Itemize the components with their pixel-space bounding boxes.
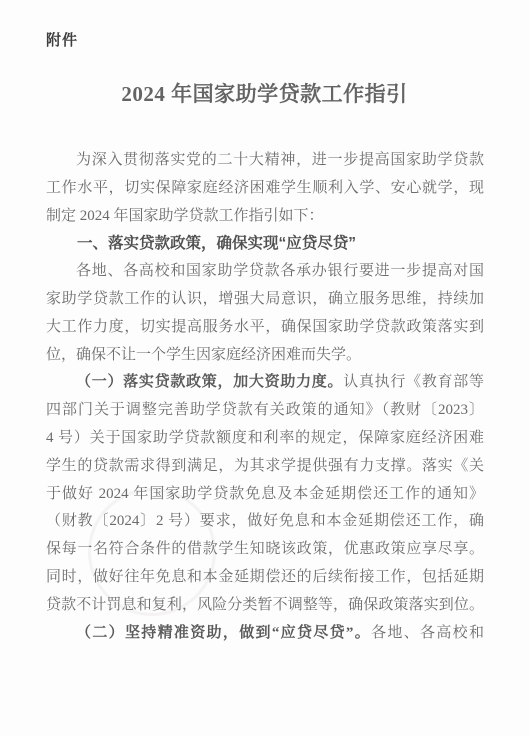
section1-para1-line-1: 各地、各高校和国家助学贷款各承办银行要进一步提高对国 (46, 258, 484, 286)
document-title: 2024 年国家助学贷款工作指引 (0, 78, 529, 108)
section1-item1-line-4: 学生的贷款需求得到满足，为其求学提供强有力支撑。落实《关 (46, 453, 484, 481)
section1-para1-line-4: 位，确保不让一个学生因家庭经济困难而失学。 (46, 342, 484, 370)
section1-item1-line-1-rest: 认真执行《教育部等 (343, 374, 484, 390)
section1-item1-line-5: 于做好 2024 年国家助学贷款免息及本金延期偿还工作的通知》 (46, 481, 484, 509)
attachment-label: 附件 (46, 29, 78, 50)
section1-para1-line-2: 家助学贷款工作的认识，增强大局意识，确立服务思维，持续加 (46, 286, 484, 314)
section1-item1-line-2: 四部门关于调整完善助学贷款有关政策的通知》（教财〔2023〕 (46, 397, 484, 425)
section1-item1-line-7: 保每一名符合条件的借款学生知晓该政策，优惠政策应享尽享。 (46, 536, 484, 564)
section1-heading: 一、落实贷款政策，确保实现“应贷尽贷” (46, 230, 484, 258)
intro-line-3: 制定 2024 年国家助学贷款工作指引如下： (46, 203, 484, 231)
section1-para1-line-3: 大工作力度，切实提高服务水平，确保国家助学贷款政策落实到 (46, 314, 484, 342)
section1-item1-line-3: 4 号）关于国家助学贷款额度和利率的规定，保障家庭经济困难 (46, 425, 484, 453)
section1-item1-line-9: 贷款不计罚息和复利，风险分类暂不调整等，确保政策落实到位。 (46, 592, 484, 620)
section1-item2-lead: （二）坚持精准资助，做到“应贷尽贷”。 (76, 625, 371, 641)
section1-item1-line-6: （财教〔2024〕2 号）要求，做好免息和本金延期偿还工作，确 (46, 508, 484, 536)
section1-item1-lead: （一）落实贷款政策，加大资助力度。 (76, 374, 343, 390)
section1-item2-line-1-rest: 各地、各高校和 (371, 625, 484, 641)
section1-item1-line-8: 同时，做好往年免息和本金延期偿还的后续衔接工作，包括延期 (46, 564, 484, 592)
intro-line-2: 工作水平，切实保障家庭经济困难学生顺利入学、安心就学，现 (46, 175, 484, 203)
section1-item1-line-1: （一）落实贷款政策，加大资助力度。认真执行《教育部等 (46, 369, 484, 397)
document-page: 附件 2024 年国家助学贷款工作指引 为深入贯彻落实党的二十大精神，进一步提高… (0, 0, 529, 736)
section1-item2-line-1: （二）坚持精准资助，做到“应贷尽贷”。各地、各高校和 (46, 620, 484, 648)
intro-line-1: 为深入贯彻落实党的二十大精神，进一步提高国家助学贷款 (46, 147, 484, 175)
document-body: 为深入贯彻落实党的二十大精神，进一步提高国家助学贷款 工作水平，切实保障家庭经济… (46, 147, 484, 647)
